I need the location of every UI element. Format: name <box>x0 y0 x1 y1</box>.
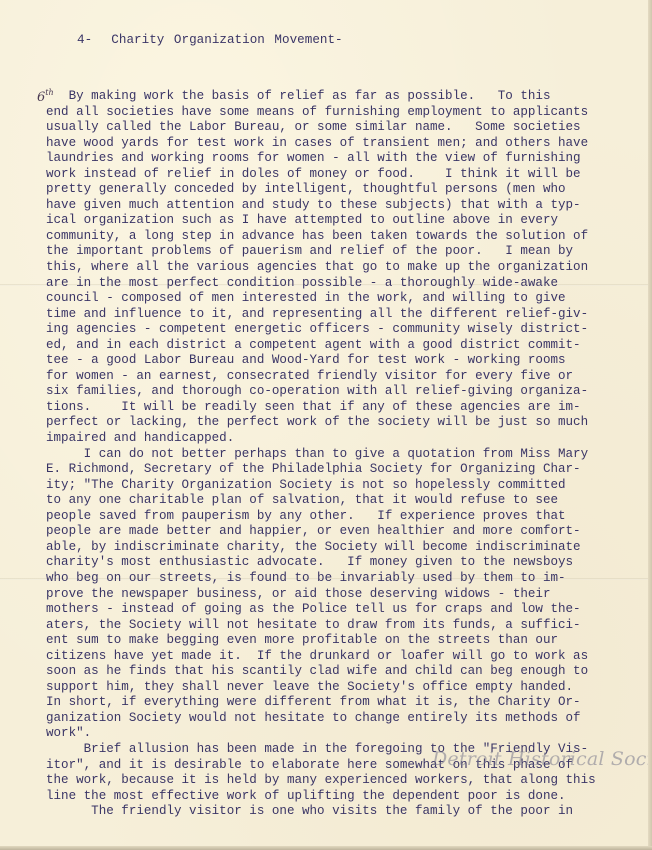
text-line: this, where all the various agencies tha… <box>46 260 626 276</box>
text-line: citizens have yet made it. If the drunka… <box>46 649 626 665</box>
text-line: tee - a good Labor Bureau and Wood-Yard … <box>46 353 626 369</box>
text-line: aters, the Society will not hesitate to … <box>46 618 626 634</box>
text-line: work instead of relief in doles of money… <box>46 167 626 183</box>
page-edge <box>648 0 652 850</box>
watermark: Detroit Historical Society <box>432 748 652 770</box>
typed-body-text: By making work the basis of relief as fa… <box>46 89 626 820</box>
text-line: the work, because it is held by many exp… <box>46 773 626 789</box>
section-heading: 4- Charity Organization Movement- <box>77 33 343 47</box>
text-line: support him, they shall never leave the … <box>46 680 626 696</box>
text-line: By making work the basis of relief as fa… <box>46 89 626 105</box>
text-line: for women - an earnest, consecrated frie… <box>46 369 626 385</box>
text-line: charity's most enthusiastic advocate. If… <box>46 555 626 571</box>
text-line: people saved from pauperism by any other… <box>46 509 626 525</box>
text-line: laundries and working rooms for women - … <box>46 151 626 167</box>
text-line: work". <box>46 726 626 742</box>
text-line: ganization Society would not hesitate to… <box>46 711 626 727</box>
text-line: prove the newspaper business, or aid tho… <box>46 587 626 603</box>
text-line: able, by indiscriminate charity, the Soc… <box>46 540 626 556</box>
text-line: The friendly visitor is one who visits t… <box>46 804 626 820</box>
text-line: I can do not better perhaps than to give… <box>46 447 626 463</box>
text-line: In short, if everything were different f… <box>46 695 626 711</box>
text-line: E. Richmond, Secretary of the Philadelph… <box>46 462 626 478</box>
text-line: usually called the Labor Bureau, or some… <box>46 120 626 136</box>
text-line: time and influence to it, and representi… <box>46 307 626 323</box>
text-line: ity; "The Charity Organization Society i… <box>46 478 626 494</box>
text-line: who beg on our streets, is found to be i… <box>46 571 626 587</box>
text-line: have given much attention and study to t… <box>46 198 626 214</box>
text-line: ical organization such as I have attempt… <box>46 213 626 229</box>
document-page: 4- Charity Organization Movement- 6th By… <box>0 0 652 850</box>
text-line: ing agencies - competent energetic offic… <box>46 322 626 338</box>
text-line: ed, and in each district a competent age… <box>46 338 626 354</box>
text-line: perfect or lacking, the perfect work of … <box>46 415 626 431</box>
text-line: tions. It will be readily seen that if a… <box>46 400 626 416</box>
text-line: end all societies have some means of fur… <box>46 105 626 121</box>
text-line: are in the most perfect condition possib… <box>46 276 626 292</box>
text-line: ent sum to make begging even more profit… <box>46 633 626 649</box>
text-line: people are made better and happier, or e… <box>46 524 626 540</box>
text-line: six families, and thorough co-operation … <box>46 384 626 400</box>
text-line: council - composed of men interested in … <box>46 291 626 307</box>
text-line: community, a long step in advance has be… <box>46 229 626 245</box>
text-line: have wood yards for test work in cases o… <box>46 136 626 152</box>
text-line: impaired and handicapped. <box>46 431 626 447</box>
text-line: soon as he finds that his scantily clad … <box>46 664 626 680</box>
page-edge <box>0 846 652 850</box>
text-line: pretty generally conceded by intelligent… <box>46 182 626 198</box>
text-line: line the most effective work of upliftin… <box>46 789 626 805</box>
text-line: the important problems of pauerism and r… <box>46 244 626 260</box>
text-line: mothers - instead of going as the Police… <box>46 602 626 618</box>
text-line: to any one charitable plan of salvation,… <box>46 493 626 509</box>
